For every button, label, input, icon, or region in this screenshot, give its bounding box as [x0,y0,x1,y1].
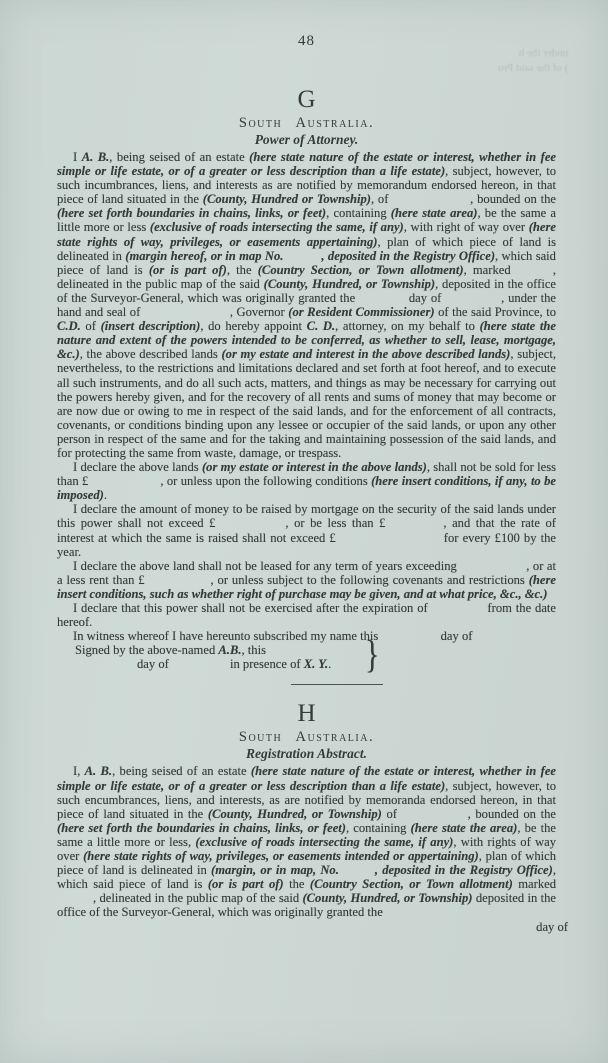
instruction-text: (margin, or in map, No. [211,863,339,877]
form-title-h: Registration Abstract. [57,746,556,761]
instruction-text: (here set forth boundaries in chains, li… [57,206,326,220]
body-text: , subject, nevertheless, to the restrict… [57,347,556,460]
instruction-text: (here state the area) [411,821,518,835]
paragraph: In witness whereof I have hereunto subsc… [57,629,556,643]
body-text: day of [405,291,445,305]
body-text: , with right of way over [404,220,529,234]
paragraph: I A. B., being seised of an estate (here… [57,150,556,460]
paragraph: I declare the amount of money to be rais… [57,502,556,558]
body-text: , this [242,643,267,657]
body-text: , being seised of an estate [112,764,251,778]
paragraph: I, A. B., being seised of an estate (her… [57,764,556,919]
body-text: marked [513,877,556,891]
body-text: the [284,877,310,891]
body-text: I declare that this power shall not be e… [73,601,432,615]
body-text: , marked [464,263,517,277]
section-letter-h: H [57,701,556,727]
body-text: , containing [346,821,411,835]
body-text: , delineated in the public map of the sa… [93,891,302,905]
instruction-text: (here state rights of way, privileges, o… [83,849,479,863]
body-text: , Governor [230,305,288,319]
paragraph: Signed by the above-named A.B., this [57,643,556,657]
body-text: . [328,657,331,671]
instruction-text: A. B. [82,150,110,164]
section-divider [291,684,383,685]
instruction-text: A. B. [85,764,112,778]
body-text: of the said Province, to [435,305,556,319]
body-text: , bounded on the [470,192,556,206]
instruction-text: (margin hereof, or in map No. [125,249,283,263]
instruction-text: (or my estate and interest in the above … [221,347,510,361]
body-text: Signed by the above-named [75,643,218,657]
body-text: , of [371,192,392,206]
paragraph: I declare the above land shall not be le… [57,559,556,601]
region-heading-g: South Australia. [57,115,556,131]
instruction-text: , deposited in the Registry Office) [321,249,495,263]
instruction-text: (here state area) [391,206,478,220]
paragraph: I declare that this power shall not be e… [57,601,556,629]
body-text: , attorney, on my behalf to [335,319,479,333]
body-text: , bounded on the [468,807,556,821]
instruction-text: (County, Hundred, or Township) [302,891,472,905]
body-text: of [382,807,402,821]
instruction-text: C. D. [307,319,335,333]
scanned-document-page: under the h ) of the said Pro 48 G South… [0,0,608,1063]
body-text: , being seised of an estate [109,150,249,164]
body-text: I, [73,764,85,778]
instruction-text: (Country Section, or Town allotment) [310,877,513,891]
form-title-g: Power of Attorney. [57,132,556,147]
region-heading-h: South Australia. [57,729,556,745]
body-text: day of [437,629,472,643]
body-text: I declare the above lands [73,460,202,474]
body-text: , the [227,263,258,277]
paragraph: day of in presence of X. Y.. [57,657,556,671]
instruction-text: (exclusive of roads intersecting the sam… [195,835,453,849]
instruction-text: A.B. [218,643,241,657]
page-content: 48 G South Australia. Power of Attorney.… [57,0,556,934]
body-text: , do hereby appoint [200,319,306,333]
instruction-text: (or my estate or interest in the above l… [202,460,427,474]
body-text: I [73,150,82,164]
instruction-text: (County, Hundred or Township) [203,192,371,206]
body-text: . [104,488,107,502]
footer-day-of: day of [57,920,568,934]
instruction-text: X. Y. [304,657,328,671]
body-text: , containing [326,206,391,220]
instruction-text: (or is part of) [149,263,227,277]
instruction-text: (Country Section, or Town allotment) [258,263,464,277]
paragraph: I declare the above lands (or my estate … [57,460,556,502]
section-g-paragraphs: I A. B., being seised of an estate (here… [57,150,556,643]
instruction-text: , deposited in the Registry Office) [375,863,553,877]
brace-glyph: } [365,634,379,678]
page-number: 48 [57,33,556,50]
body-text: , or unless upon the following condition… [160,474,371,488]
instruction-text: (insert description) [101,319,201,333]
section-letter-g: G [57,87,556,113]
instruction-text: C.D. [57,319,81,333]
body-text: , or unless subject to the following cov… [211,573,529,587]
body-text: , the above described lands [80,347,222,361]
instruction-text: (County, Hundred, or Township) [264,277,435,291]
instruction-text: (or Resident Commissioner) [288,305,434,319]
signature-lines: Signed by the above-named A.B., thisday … [57,643,556,671]
instruction-text: (exclusive of roads intersecting the sam… [150,220,404,234]
instruction-text: (County, Hundred, or Township) [208,807,382,821]
signature-block: Signed by the above-named A.B., thisday … [57,643,556,671]
body-text: of [81,319,101,333]
instruction-text: (here set forth the boundaries in chains… [57,821,346,835]
body-text: in presence of [230,657,304,671]
section-h-paragraphs: I, A. B., being seised of an estate (her… [57,764,556,919]
instruction-text: (or is part of) [208,877,284,891]
body-text: , or be less than £ [285,516,385,530]
body-text: I declare the above land shall not be le… [73,559,460,573]
body-text: day of [137,657,172,671]
body-text: In witness whereof I have hereunto subsc… [73,629,381,643]
